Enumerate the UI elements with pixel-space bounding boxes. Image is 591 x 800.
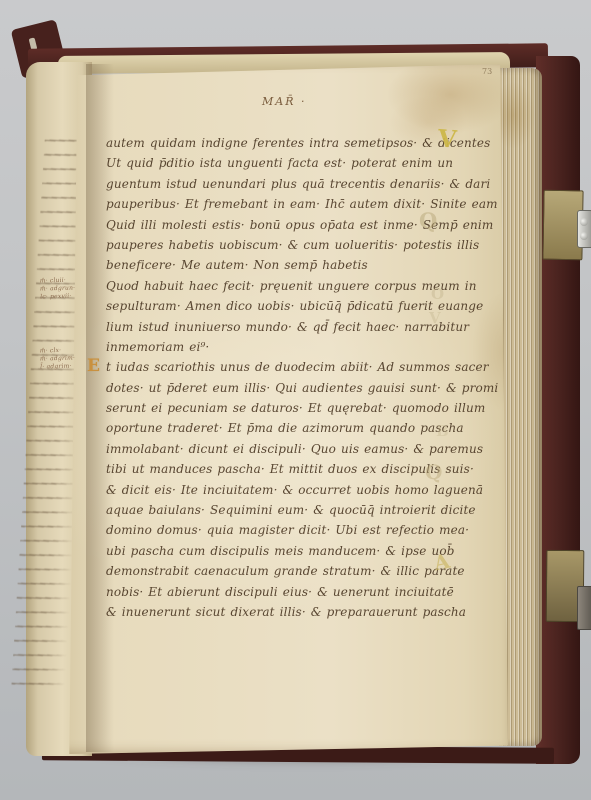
upper-clasp-knob [580,232,588,240]
ghost-letter: Q [419,208,437,233]
text-line: pauperes habetis uobiscum· & cum uolueri… [106,235,462,255]
margin-note-line: l̄· adgrim· [40,363,75,372]
text-line: sepulturam· Amen dico uobis· ubicūq̄ p̄d… [106,296,462,316]
ghost-letter: V [429,309,441,327]
upper-clasp-hinge [577,210,591,248]
text-line: ubi pascha cum discipulis meis manducem·… [106,541,462,561]
text-line: tibi ut manduces pascha· Et mittit duos … [106,459,462,479]
ghost-letter: O [431,285,444,303]
upper-clasp-knob [580,218,588,226]
running-title: MAR̄ · [262,95,306,108]
photo-of-manuscript: MAR̄ · 73 m̄· cluii· m̄· adgrun· lc· pex… [0,0,591,800]
text-line: inmemoriam ei⁹· [106,337,462,357]
text-line: serunt ei pecuniam se daturos· Et quęreb… [106,398,462,418]
text-line: Ut quid p̄ditio ista unguenti facta est·… [106,153,462,173]
text-line: Quod habuit haec fecit· pręuenit unguere… [106,276,462,296]
text-line: oportune traderet· Et p̄ma die azimorum … [106,418,462,438]
folio-number: 73 [482,67,492,76]
text-line: autem quidam indigne ferentes intra seme… [106,133,462,153]
margin-note-group-1: m̄· cluii· m̄· adgrun· lc· pexvii· [40,277,76,302]
back-cover-right-edge [536,56,580,764]
text-line: Quid illi molesti estis· bonū opus op̄at… [106,215,462,235]
decorated-initial-E: E [87,356,100,376]
text-line: domino domus· quia magister dicit· Ubi e… [106,520,462,540]
text-line: beneficere· Me autem· Non semp̄ habetis [106,255,462,275]
text-line: t iudas scariothis unus de duodecim abii… [106,357,462,377]
text-line: dotes· ut p̄deret eum illis· Qui audient… [106,378,462,398]
lower-clasp-fitting [577,586,591,630]
ghost-letter-highlight: V [437,123,458,153]
text-line: & dicit eis· Ite inciuitatem· & occurret… [106,480,462,500]
text-line: immolabant· dicunt ei discipuli· Quo uis… [106,439,462,459]
text-line: demonstrabit caenaculum grande stratum· … [106,561,462,581]
margin-note-group-2: m̄· clx· m̄· adgrim· l̄· adgrim· [40,347,76,372]
text-block: autem quidam indigne ferentes intra seme… [106,133,462,622]
text-line: aquae baiulans· Sequimini eum· & quocūq̄… [106,500,462,520]
ghost-letter: Q [425,460,442,484]
margin-note-line: lc· pexvii· [40,293,75,302]
text-line: & inuenerunt sicut dixerat illis· & prep… [106,602,462,622]
text-line: pauperibus· Et fremebant in eam· Ihc̄ au… [106,194,462,214]
text-line: guentum istud uenundari plus quā trecent… [106,174,462,194]
ghost-letter: B [436,422,449,440]
text-line: lium istud inuniuerso mundo· & qd̄ fecit… [106,317,462,337]
text-line: nobis· Et abierunt discipuli eius· & uen… [106,582,462,602]
